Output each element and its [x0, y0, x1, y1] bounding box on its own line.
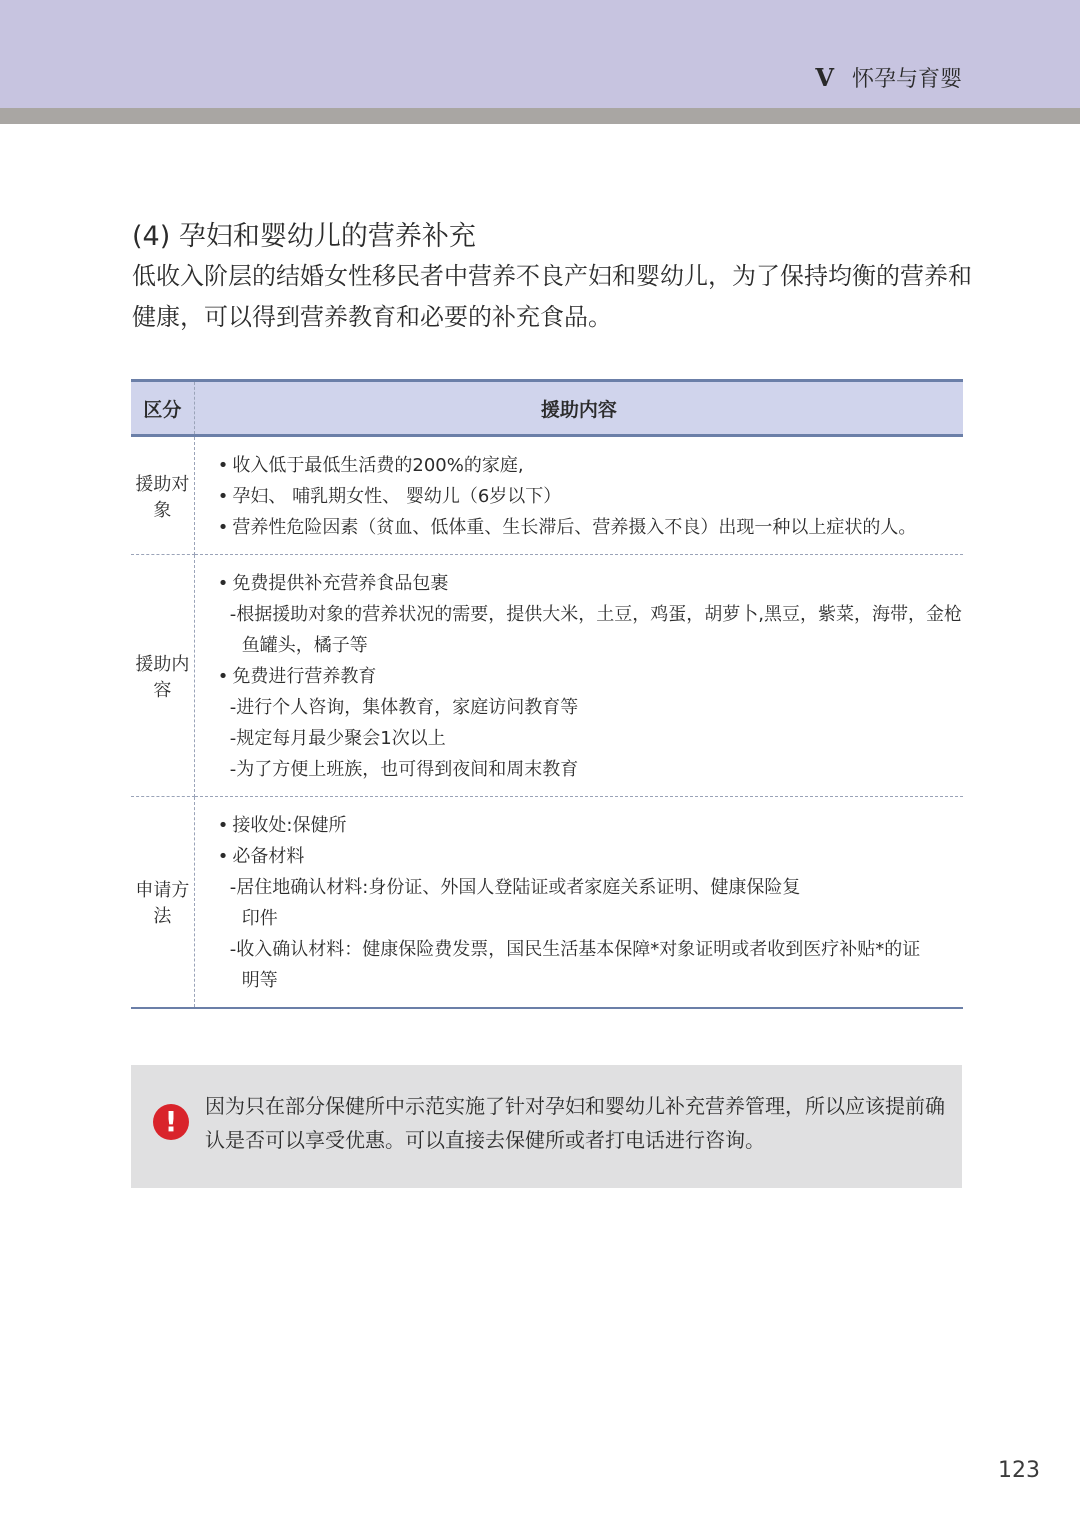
- list-item: 接收处:保健所: [218, 810, 962, 841]
- list-subitem-continuation: 印件: [218, 903, 962, 934]
- row-category: 援助对象: [131, 436, 194, 555]
- chapter-numeral: V: [815, 63, 834, 92]
- header-divider-strip: [0, 108, 1080, 124]
- exclamation-icon: !: [153, 1104, 189, 1140]
- table-row: 援助对象 收入低于最低生活费的200%的家庭, 孕妇、 哺乳期女性、 婴幼儿（6…: [131, 436, 963, 555]
- page-number: 123: [998, 1458, 1040, 1483]
- chapter-title: 怀孕与育婴: [852, 62, 962, 93]
- list-item: 免费进行营养教育: [218, 661, 962, 692]
- list-item: 免费提供补充营养食品包裹: [218, 568, 962, 599]
- notice-text: 因为只在部分保健所中示范实施了针对孕妇和婴幼儿补充营养管理，所以应该提前确认是否…: [205, 1089, 955, 1157]
- table-row: 申请方法 接收处:保健所 必备材料 -居住地确认材料:身份证、外国人登陆证或者家…: [131, 797, 963, 1009]
- notice-box: ! 因为只在部分保健所中示范实施了针对孕妇和婴幼儿补充营养管理，所以应该提前确认…: [131, 1065, 962, 1188]
- table-row: 援助内容 免费提供补充营养食品包裹 -根据援助对象的营养状况的需要，提供大米，土…: [131, 555, 963, 797]
- chapter-heading: V 怀孕与育婴: [815, 62, 962, 93]
- list-item: 营养性危险因素（贫血、低体重、生长滞后、营养摄入不良）出现一种以上症状的人。: [218, 512, 962, 543]
- row-content: 免费提供补充营养食品包裹 -根据援助对象的营养状况的需要，提供大米，土豆，鸡蛋，…: [194, 555, 963, 797]
- list-subitem: -居住地确认材料:身份证、外国人登陆证或者家庭关系证明、健康保险复: [218, 872, 962, 903]
- row-category: 援助内容: [131, 555, 194, 797]
- list-item: 必备材料: [218, 841, 962, 872]
- table-header-row: 区分 援助内容: [131, 381, 963, 436]
- column-header-content: 援助内容: [194, 381, 963, 436]
- list-subitem: -根据援助对象的营养状况的需要，提供大米，土豆，鸡蛋，胡萝卜,黑豆，紫菜，海带，…: [218, 599, 962, 630]
- section-intro: 低收入阶层的结婚女性移民者中营养不良产妇和婴幼儿，为了保持均衡的营养和健康，可以…: [132, 256, 972, 338]
- support-table: 区分 援助内容 援助对象 收入低于最低生活费的200%的家庭, 孕妇、 哺乳期女…: [131, 379, 963, 1009]
- section-title: (4) 孕妇和婴幼儿的营养补充: [132, 214, 476, 253]
- list-subitem: -进行个人咨询，集体教育，家庭访问教育等: [218, 692, 962, 723]
- list-subitem: -收入确认材料：健康保险费发票，国民生活基本保障*对象证明或者收到医疗补贴*的证: [218, 934, 962, 965]
- list-subitem-continuation: 明等: [218, 965, 962, 996]
- list-item: 孕妇、 哺乳期女性、 婴幼儿（6岁以下）: [218, 481, 962, 512]
- list-subitem: -为了方便上班族，也可得到夜间和周末教育: [218, 754, 962, 785]
- column-header-category: 区分: [131, 381, 194, 436]
- list-subitem-continuation: 鱼罐头，橘子等: [218, 630, 962, 661]
- row-content: 接收处:保健所 必备材料 -居住地确认材料:身份证、外国人登陆证或者家庭关系证明…: [194, 797, 963, 1009]
- list-subitem: -规定每月最少聚会1次以上: [218, 723, 962, 754]
- list-item: 收入低于最低生活费的200%的家庭,: [218, 450, 962, 481]
- row-content: 收入低于最低生活费的200%的家庭, 孕妇、 哺乳期女性、 婴幼儿（6岁以下） …: [194, 436, 963, 555]
- row-category: 申请方法: [131, 797, 194, 1009]
